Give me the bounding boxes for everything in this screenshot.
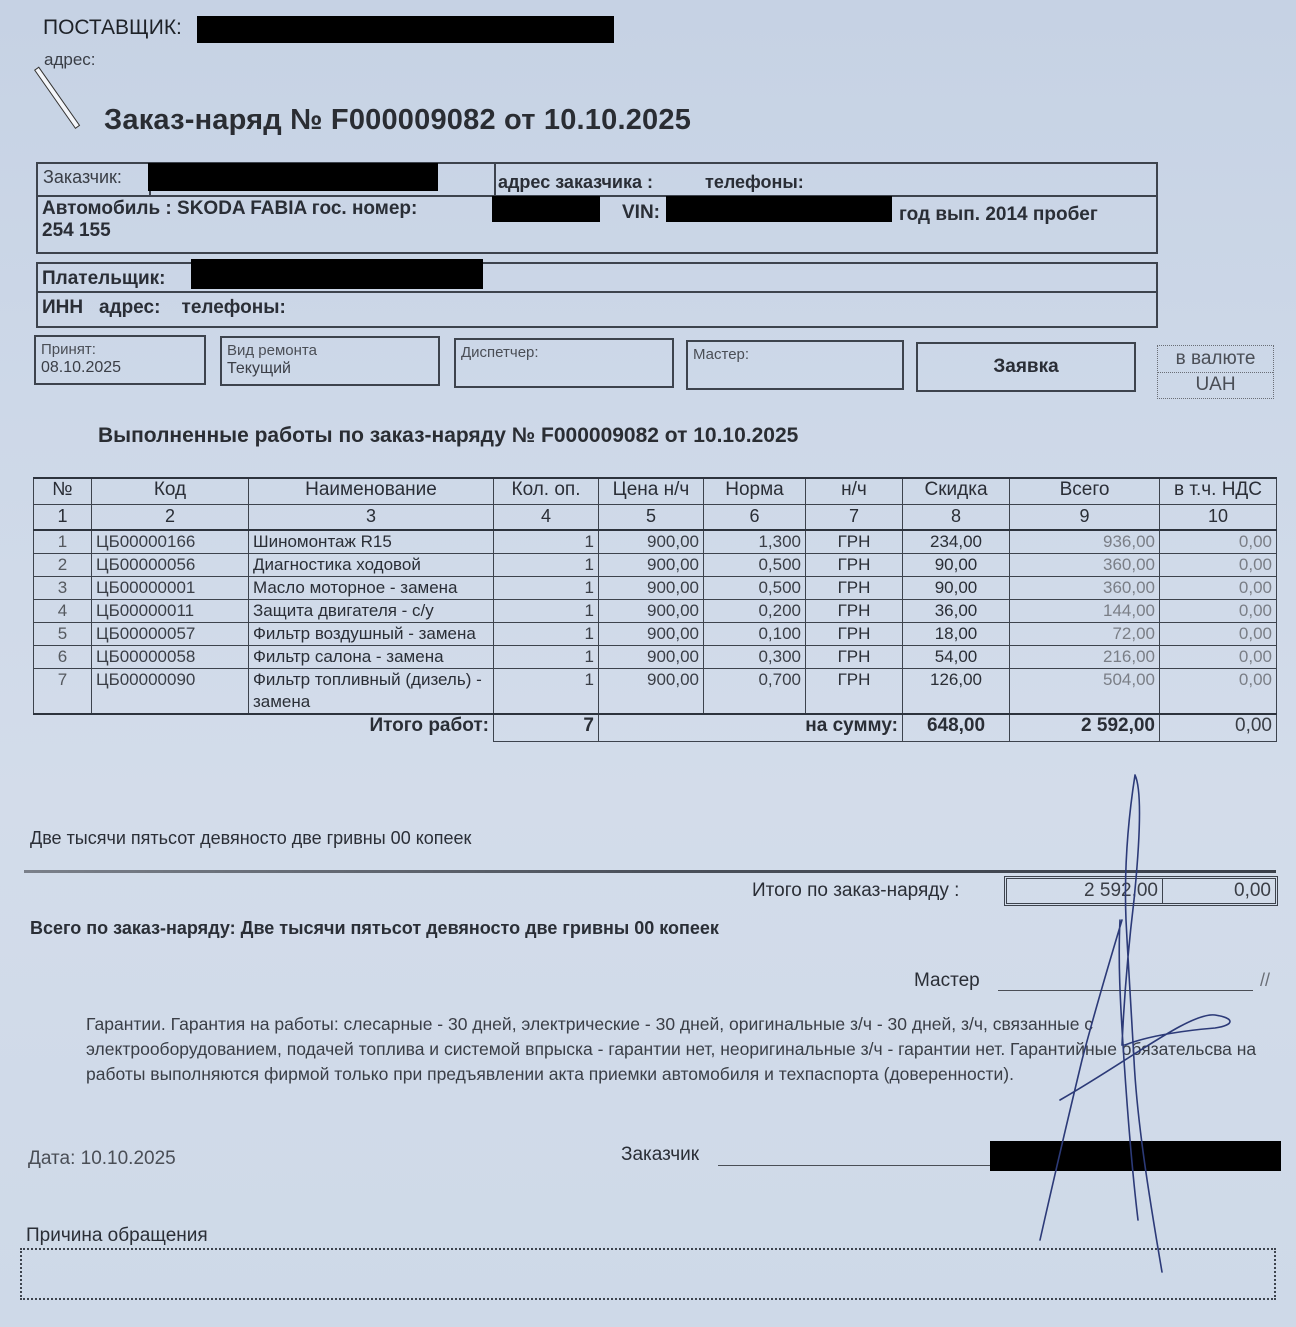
- column-header: Наименование: [249, 478, 494, 505]
- work-unit: ГРН: [806, 530, 903, 554]
- work-code: ЦБ00000001: [92, 577, 249, 600]
- page-title: Заказ-наряд № F000009082 от 10.10.2025: [104, 104, 691, 137]
- payer-phones-label: телефоны:: [182, 297, 286, 318]
- work-price: 900,00: [599, 577, 704, 600]
- row-number: 6: [34, 646, 92, 669]
- column-number: 3: [249, 505, 494, 531]
- column-number: 6: [704, 505, 806, 531]
- work-total: 936,00: [1010, 530, 1160, 554]
- vin-label: VIN:: [622, 202, 660, 224]
- work-code: ЦБ00000166: [92, 530, 249, 554]
- work-price: 900,00: [599, 554, 704, 577]
- work-price: 900,00: [599, 669, 704, 715]
- grand-total-label: Всего по заказ-наряду:: [30, 918, 236, 938]
- warranty-text: Гарантии. Гарантия на работы: слесарные …: [86, 1012, 1278, 1087]
- column-number: 8: [903, 505, 1010, 531]
- column-header: Код: [92, 478, 249, 505]
- repair-type-label: Вид ремонта: [227, 342, 317, 359]
- accepted-value: 08.10.2025: [41, 359, 121, 377]
- row-number: 2: [34, 554, 92, 577]
- work-vat: 0,00: [1160, 554, 1277, 577]
- column-header: Норма: [704, 478, 806, 505]
- row-number: 7: [34, 669, 92, 715]
- column-header: Скидка: [903, 478, 1010, 505]
- date-line: Дата: 10.10.2025: [28, 1148, 176, 1170]
- work-qty: 1: [494, 623, 599, 646]
- repair-type-box: Вид ремонта Текущий: [220, 336, 440, 386]
- year-value: 2014: [985, 204, 1027, 225]
- column-number: 9: [1010, 505, 1160, 531]
- work-name: Защита двигателя - с/у: [249, 600, 494, 623]
- work-total: 72,00: [1010, 623, 1160, 646]
- work-qty: 1: [494, 669, 599, 715]
- work-vat: 0,00: [1160, 600, 1277, 623]
- work-total: 504,00: [1010, 669, 1160, 715]
- year-mileage-line: год вып. 2014 пробег: [899, 204, 1098, 226]
- work-norm: 0,500: [704, 577, 806, 600]
- work-norm: 0,200: [704, 600, 806, 623]
- supplier-label: ПОСТАВЩИК:: [43, 16, 182, 40]
- column-number: 4: [494, 505, 599, 531]
- work-vat: 0,00: [1160, 646, 1277, 669]
- work-norm: 0,700: [704, 669, 806, 715]
- table-row: 3ЦБ00000001Масло моторное - замена1900,0…: [34, 577, 1277, 600]
- pen-mark: [34, 67, 80, 129]
- repair-type-value: Текущий: [227, 360, 291, 378]
- work-norm: 0,300: [704, 646, 806, 669]
- work-unit: ГРН: [806, 600, 903, 623]
- client-signature-label: Заказчик: [621, 1144, 699, 1166]
- grand-total-line: Всего по заказ-наряду: Две тысячи пятьсо…: [30, 918, 719, 939]
- customer-phones-label: телефоны:: [705, 172, 804, 193]
- accepted-label: Принят:: [41, 341, 96, 358]
- work-qty: 1: [494, 554, 599, 577]
- client-signature-line: [718, 1165, 990, 1166]
- payer-name-redacted: [191, 259, 483, 289]
- work-code: ЦБ00000011: [92, 600, 249, 623]
- currency-box: в валюте UAH: [1157, 345, 1274, 399]
- work-name: Масло моторное - замена: [249, 577, 494, 600]
- accepted-box: Принят: 08.10.2025: [34, 335, 206, 385]
- column-header: в т.ч. НДС: [1160, 478, 1277, 505]
- works-sum-in-words: Две тысячи пятьсот девяносто две гривны …: [30, 828, 471, 849]
- work-vat: 0,00: [1160, 577, 1277, 600]
- work-vat: 0,00: [1160, 669, 1277, 715]
- inn-label: ИНН: [42, 297, 83, 318]
- work-discount: 36,00: [903, 600, 1010, 623]
- total-sum: 2 592,00: [1010, 714, 1160, 742]
- column-number: 10: [1160, 505, 1277, 531]
- work-unit: ГРН: [806, 669, 903, 715]
- reason-field[interactable]: [20, 1248, 1276, 1300]
- table-row: 6ЦБ00000058Фильтр салона - замена1900,00…: [34, 646, 1277, 669]
- total-discount: 648,00: [903, 714, 1010, 742]
- work-name: Фильтр воздушный - замена: [249, 623, 494, 646]
- work-discount: 90,00: [903, 554, 1010, 577]
- request-label: Заявка: [993, 356, 1058, 378]
- supplier-name-redacted: [197, 16, 614, 43]
- work-name: Шиномонтаж R15: [249, 530, 494, 554]
- work-price: 900,00: [599, 600, 704, 623]
- payer-label: Плательщик:: [42, 268, 165, 290]
- work-discount: 54,00: [903, 646, 1010, 669]
- total-qty: 7: [494, 714, 599, 742]
- table-row: 5ЦБ00000057Фильтр воздушный - замена1900…: [34, 623, 1277, 646]
- work-price: 900,00: [599, 530, 704, 554]
- work-norm: 1,300: [704, 530, 806, 554]
- master-signature-suffix: //: [1260, 970, 1270, 991]
- column-number: 1: [34, 505, 92, 531]
- work-discount: 90,00: [903, 577, 1010, 600]
- work-vat: 0,00: [1160, 530, 1277, 554]
- table-row: 7ЦБ00000090Фильтр топливный (дизель) - з…: [34, 669, 1277, 715]
- total-works-label: Итого работ:: [34, 714, 494, 742]
- works-table: №КодНаименованиеКол. оп.Цена н/чНорман/ч…: [33, 477, 1277, 742]
- table-header-row: №КодНаименованиеКол. оп.Цена н/чНорман/ч…: [34, 478, 1277, 505]
- master-label: Мастер:: [693, 346, 749, 363]
- plate-label: гос. номер:: [312, 198, 418, 219]
- work-total: 144,00: [1010, 600, 1160, 623]
- reason-label: Причина обращения: [26, 1225, 208, 1247]
- work-code: ЦБ00000057: [92, 623, 249, 646]
- customer-address-label: адрес заказчика :: [498, 172, 653, 193]
- customer-name-redacted: [148, 163, 438, 191]
- work-discount: 126,00: [903, 669, 1010, 715]
- work-name: Фильтр топливный (дизель) - замена: [249, 669, 494, 715]
- work-total: 360,00: [1010, 554, 1160, 577]
- work-norm: 0,100: [704, 623, 806, 646]
- dispatcher-box: Диспетчер:: [454, 338, 674, 388]
- supplier-address-label: адрес:: [44, 50, 96, 70]
- work-unit: ГРН: [806, 577, 903, 600]
- column-number: 5: [599, 505, 704, 531]
- work-unit: ГРН: [806, 623, 903, 646]
- master-signature-line: [998, 990, 1253, 991]
- plate-redacted: [492, 196, 600, 222]
- car-value: SKODA FABIA: [177, 198, 306, 219]
- currency-value: UAH: [1158, 374, 1273, 396]
- vin-redacted: [666, 196, 892, 222]
- table-column-numbers-row: 12345678910: [34, 505, 1277, 531]
- client-name-redacted: [990, 1141, 1281, 1171]
- mileage-label: пробег: [1033, 204, 1098, 225]
- work-price: 900,00: [599, 623, 704, 646]
- work-discount: 234,00: [903, 530, 1010, 554]
- car-line: Автомобиль : SKODA FABIA гос. номер:: [42, 198, 417, 220]
- table-row: 2ЦБ00000056Диагностика ходовой1900,000,5…: [34, 554, 1277, 577]
- column-header: Всего: [1010, 478, 1160, 505]
- work-qty: 1: [494, 530, 599, 554]
- order-total-label: Итого по заказ-наряду :: [752, 880, 959, 902]
- date-value: 10.10.2025: [81, 1148, 176, 1169]
- column-header: №: [34, 478, 92, 505]
- payer-address-label: адрес:: [99, 297, 160, 318]
- work-total: 216,00: [1010, 646, 1160, 669]
- works-section-title: Выполненные работы по заказ-наряду № F00…: [98, 424, 798, 448]
- master-box: Мастер:: [686, 340, 904, 390]
- work-qty: 1: [494, 577, 599, 600]
- column-header: Цена н/ч: [599, 478, 704, 505]
- work-code: ЦБ00000058: [92, 646, 249, 669]
- date-label: Дата:: [28, 1148, 75, 1169]
- order-total-vat: 0,00: [1163, 879, 1275, 903]
- work-qty: 1: [494, 646, 599, 669]
- row-number: 1: [34, 530, 92, 554]
- table-total-row: Итого работ: 7 на сумму: 648,00 2 592,00…: [34, 714, 1277, 742]
- column-header: Кол. оп.: [494, 478, 599, 505]
- customer-label: Заказчик:: [43, 167, 122, 188]
- year-label: год вып.: [899, 204, 980, 225]
- car-label: Автомобиль :: [42, 198, 172, 219]
- column-header: н/ч: [806, 478, 903, 505]
- mileage-value: 254 155: [42, 220, 111, 242]
- master-signature-label: Мастер: [914, 970, 980, 992]
- work-name: Фильтр салона - замена: [249, 646, 494, 669]
- work-qty: 1: [494, 600, 599, 623]
- work-norm: 0,500: [704, 554, 806, 577]
- table-row: 1ЦБ00000166Шиномонтаж R151900,001,300ГРН…: [34, 530, 1277, 554]
- total-sum-label: на сумму:: [599, 714, 903, 742]
- currency-label: в валюте: [1158, 348, 1273, 370]
- row-number: 5: [34, 623, 92, 646]
- work-price: 900,00: [599, 646, 704, 669]
- work-name: Диагностика ходовой: [249, 554, 494, 577]
- work-unit: ГРН: [806, 554, 903, 577]
- dispatcher-label: Диспетчер:: [461, 344, 539, 361]
- work-code: ЦБ00000090: [92, 669, 249, 715]
- table-row: 4ЦБ00000011Защита двигателя - с/у1900,00…: [34, 600, 1277, 623]
- grand-total-words: Две тысячи пятьсот девяносто две гривны …: [241, 918, 719, 938]
- order-total-box: 2 592,00 0,00: [1004, 876, 1278, 906]
- work-code: ЦБ00000056: [92, 554, 249, 577]
- payer-details-line: ИНН адрес: телефоны:: [42, 297, 286, 319]
- work-vat: 0,00: [1160, 623, 1277, 646]
- work-discount: 18,00: [903, 623, 1010, 646]
- column-number: 7: [806, 505, 903, 531]
- row-number: 3: [34, 577, 92, 600]
- order-total-sum: 2 592,00: [1007, 879, 1163, 903]
- separator-line: [24, 870, 1276, 873]
- request-box: Заявка: [916, 342, 1136, 392]
- column-number: 2: [92, 505, 249, 531]
- work-total: 360,00: [1010, 577, 1160, 600]
- work-unit: ГРН: [806, 646, 903, 669]
- row-number: 4: [34, 600, 92, 623]
- total-vat: 0,00: [1160, 714, 1277, 742]
